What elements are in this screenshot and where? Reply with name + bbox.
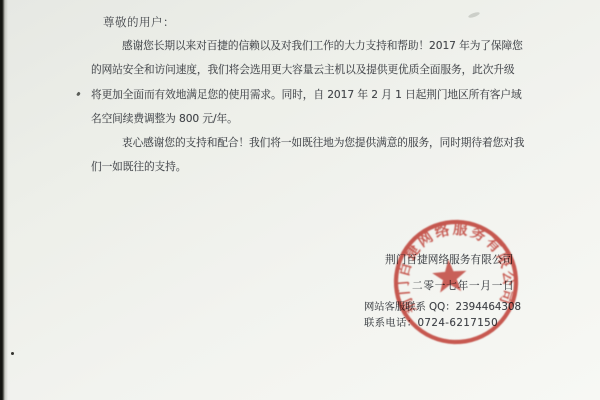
star-icon: [431, 258, 467, 293]
scan-speck: [76, 92, 81, 97]
letter-line: 衷心感谢您的支持和配合！我们将一如既往地为您提供满意的服务，同时期待着您对我: [91, 131, 526, 155]
letter-line: 将更加全面而有效地满足您的使用需求。同时，自 2017 年 2 月 1 日起荆门…: [91, 83, 526, 107]
letter-line: 们一如既往的支持。: [91, 155, 526, 179]
letter-body: 感谢您长期以来对百捷的信赖以及对我们工作的大力支持和帮助！2017 年为了保障您…: [91, 34, 526, 180]
seal-arc-text: 荆门百捷网络服务有限公司: [390, 215, 520, 316]
letter-line: 的网站安全和访问速度，我们将会选用更大容量云主机以及提供更优质全面服务，此次升级: [91, 58, 526, 82]
scan-speck: [11, 352, 14, 355]
letter-line: 名空间续费调整为 800 元/年。: [91, 107, 526, 131]
scanned-letter-page: { "document": { "greeting": "尊敬的用户：", "b…: [0, 0, 600, 400]
company-seal-stamp: 荆门百捷网络服务有限公司: [387, 213, 526, 352]
letter-greeting: 尊敬的用户：: [103, 14, 175, 30]
letter-content: 尊敬的用户： 感谢您长期以来对百捷的信赖以及对我们工作的大力支持和帮助！2017…: [0, 0, 600, 400]
scan-smudge: [468, 11, 481, 19]
letter-line: 感谢您长期以来对百捷的信赖以及对我们工作的大力支持和帮助！2017 年为了保障您: [91, 34, 526, 58]
